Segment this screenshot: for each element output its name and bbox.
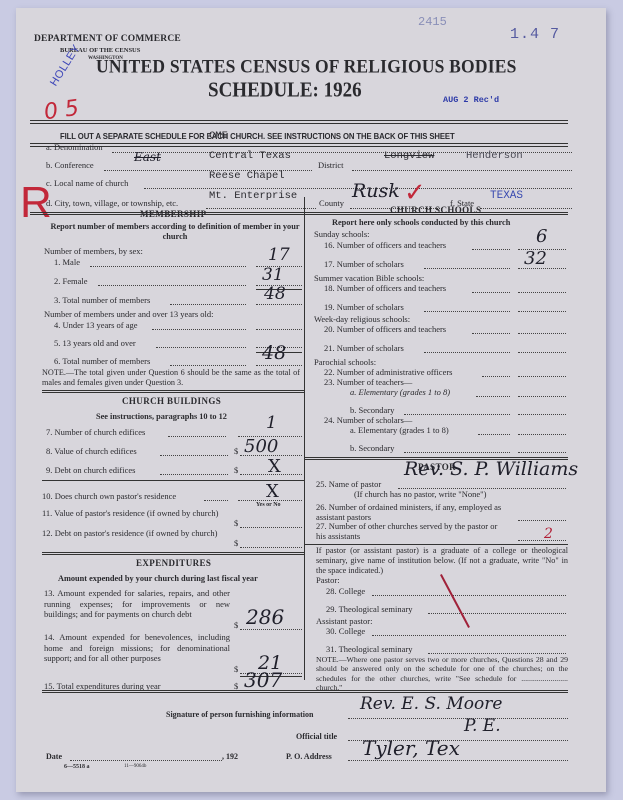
city-line: [206, 208, 316, 209]
date-year-suffix: , 192: [222, 752, 238, 761]
members-by-sex-heading: Number of members, by sex:: [44, 246, 143, 256]
weekday-schools-heading: Week-day religious schools:: [314, 314, 410, 324]
q27-other-churches-field[interactable]: 2: [544, 526, 553, 542]
q21-line: [424, 352, 510, 353]
q11-value-field: [240, 527, 302, 528]
q4-line: [152, 329, 246, 330]
q11-currency: $: [234, 518, 238, 528]
page-number-stamp: 1.4 7: [510, 26, 560, 43]
form-code-secondary: 11—9064b: [124, 764, 146, 769]
q1-line: [90, 266, 246, 267]
schools-subtitle: Report here only schools conducted by th…: [332, 218, 510, 227]
q31-seminary-field: [428, 653, 566, 654]
q7-line: [168, 436, 226, 437]
q14-currency: $: [234, 664, 238, 674]
membership-heading: MEMBERSHIP: [140, 209, 207, 219]
signature-field[interactable]: Rev. E. S. Moore: [360, 694, 502, 714]
conference-field[interactable]: Central Texas: [209, 150, 291, 162]
q8-value-field[interactable]: 500: [244, 436, 278, 457]
q1-male-field[interactable]: 17: [268, 245, 290, 265]
q25-pastor-name-field[interactable]: Rev. S. P. Williams: [404, 458, 578, 480]
q3-total-field[interactable]: 48: [264, 284, 286, 304]
page-subtitle: SCHEDULE: 1926: [208, 79, 362, 103]
header-rule-bottom: [30, 143, 568, 147]
q15-total-field[interactable]: 307: [244, 668, 282, 692]
q4-label: 4. Under 13 years of age: [54, 320, 138, 330]
q16-label: 16. Number of officers and teachers: [324, 240, 446, 250]
membership-note: NOTE.—The total given under Question 6 s…: [42, 368, 300, 388]
q14-label: 14. Amount expended for benevolences, in…: [44, 632, 230, 664]
q5-label: 5. 13 years old and over: [54, 338, 136, 348]
denomination-field[interactable]: CME: [209, 130, 228, 142]
conference-struck-value: East: [134, 150, 161, 164]
q10-line: [204, 500, 228, 501]
q6-answer-line: [256, 365, 302, 366]
denomination-label: a. Denomination: [46, 142, 103, 152]
q17-line: [424, 268, 510, 269]
po-address-field[interactable]: Tyler, Tex: [362, 736, 460, 760]
q24a-label: a. Elementary (grades 1 to 8): [350, 425, 449, 435]
page-title: UNITED STATES CENSUS OF RELIGIOUS BODIES: [96, 55, 517, 78]
q12-debt-field: [240, 547, 302, 548]
q1-label: 1. Male: [54, 257, 80, 267]
q22-label: 22. Number of administrative officers: [324, 367, 453, 377]
signature-line: [348, 718, 568, 719]
q5-line: [156, 347, 246, 348]
q18-label: 18. Number of officers and teachers: [324, 283, 446, 293]
q12-currency: $: [234, 538, 238, 548]
city-field[interactable]: Mt. Enterprise: [209, 190, 297, 202]
q24a-line: [478, 434, 510, 435]
q16-sunday-teachers-field[interactable]: 6: [536, 226, 547, 247]
state-field[interactable]: TEXAS: [490, 190, 523, 202]
buildings-subtitle: See instructions, paragraphs 10 to 12: [96, 412, 227, 421]
q19-summer-scholars-field: [518, 311, 566, 312]
q2-line: [98, 285, 246, 286]
assistant-education-heading: Assistant pastor:: [316, 616, 372, 626]
q19-label: 19. Number of scholars: [324, 302, 404, 312]
sunday-schools-heading: Sunday schools:: [314, 229, 370, 239]
q2-female-field[interactable]: 31: [262, 265, 284, 285]
q24-label: 24. Number of scholars—: [324, 415, 412, 425]
district-struck-value: Longview: [384, 150, 434, 162]
q23b-line: [404, 414, 510, 415]
signature-label: Signature of person furnishing informati…: [166, 710, 313, 719]
q27-label: 27. Number of other churches served by t…: [316, 521, 508, 541]
official-title-label: Official title: [296, 732, 337, 741]
pastor-note: NOTE.—Where one pastor serves two or mor…: [316, 655, 568, 693]
q9-line: [160, 474, 228, 475]
q9-currency: $: [234, 465, 238, 475]
expenditures-subtitle: Amount expended by your church during la…: [58, 574, 258, 583]
q13-label: 13. Amount expended for salaries, repair…: [44, 588, 230, 620]
q24b-label: b. Secondary: [350, 443, 394, 453]
q8-line: [160, 455, 228, 456]
schools-heading: CHURCH SCHOOLS: [390, 205, 481, 215]
q21-weekday-scholars-field: [518, 352, 566, 353]
q17-sunday-scholars-field[interactable]: 32: [524, 248, 547, 269]
red-check-icon: ✓: [404, 178, 426, 208]
church-name-label: c. Local name of church: [46, 178, 128, 188]
po-address-label: P. O. Address: [286, 752, 332, 761]
summer-schools-heading: Summer vacation Bible schools:: [314, 273, 424, 283]
q11-label: 11. Value of pastor's residence (if owne…: [42, 508, 232, 518]
form-code-primary: 6—5518 a: [64, 764, 90, 770]
q23-label: 23. Number of teachers—: [324, 377, 412, 387]
q23a-elementary-teachers-field: [518, 396, 566, 397]
q26-label: 26. Number of ordained ministers, if any…: [316, 502, 508, 522]
q20-line: [472, 333, 510, 334]
q22-line: [482, 376, 510, 377]
pastor-divider: [304, 544, 568, 545]
q24b-secondary-scholars-field: [518, 452, 566, 453]
q23b-secondary-teachers-field: [518, 414, 566, 415]
q16-line: [472, 249, 510, 250]
identification-rule: [30, 212, 568, 215]
q6-label: 6. Total number of members: [54, 356, 150, 366]
q6-line: [170, 365, 246, 366]
q24a-elementary-scholars-field: [518, 434, 566, 435]
instructions-banner: FILL OUT A SEPARATE SCHEDULE FOR EACH CH…: [60, 131, 455, 141]
pastor-education-heading: Pastor:: [316, 575, 340, 585]
official-title-field[interactable]: P. E.: [464, 716, 501, 736]
q4-under13-field: [256, 329, 302, 330]
membership-subtitle: Report number of members according to de…: [50, 222, 300, 242]
q13-currency: $: [234, 620, 238, 630]
q30-college-field: [372, 635, 566, 636]
q3-label: 3. Total number of members: [54, 295, 150, 305]
q18-line: [472, 292, 510, 293]
date-field: [70, 760, 222, 761]
date-label: Date: [46, 752, 62, 761]
graduate-note: If pastor (or assistant pastor) is a gra…: [316, 546, 568, 576]
q29-label: 29. Theological seminary: [326, 604, 412, 614]
q25-hint: (If church has no pastor, write "None"): [354, 489, 486, 499]
q8-label: 8. Value of church edifices: [46, 446, 137, 456]
column-divider: [304, 197, 305, 680]
county-label: County: [319, 198, 344, 208]
q10-hint: Yes or No: [256, 502, 281, 508]
q7-label: 7. Number of church edifices: [46, 427, 145, 437]
district-field[interactable]: Henderson: [466, 150, 523, 162]
expenditures-heading: EXPENDITURES: [136, 558, 211, 568]
q3-answer-line: [256, 304, 302, 305]
district-line: [352, 170, 572, 171]
q20-weekday-teachers-field: [518, 333, 566, 334]
buildings-rule: [42, 552, 304, 555]
q12-label: 12. Debt on pastor's residence (if owned…: [42, 528, 232, 538]
received-date-stamp: AUG 2 Rec'd: [443, 95, 499, 105]
buildings-divider: [42, 480, 304, 481]
members-by-age-heading: Number of members under and over 13 year…: [44, 309, 213, 319]
serial-stamp: 2415: [418, 15, 447, 29]
q13-running-expenses-field[interactable]: 286: [246, 605, 284, 629]
membership-rule: [42, 390, 304, 393]
buildings-heading: CHURCH BUILDINGS: [122, 396, 221, 406]
q20-label: 20. Number of officers and teachers: [324, 324, 446, 334]
q9-label: 9. Debt on church edifices: [46, 465, 135, 475]
county-field[interactable]: Rusk: [352, 180, 400, 202]
q10-label: 10. Does church own pastor's residence: [42, 491, 176, 501]
po-address-line: [348, 760, 568, 761]
q7-edifices-field[interactable]: 1: [266, 413, 277, 433]
q31-label: 31. Theological seminary: [326, 644, 412, 654]
q25-label: 25. Name of pastor: [316, 479, 381, 489]
q13-answer-line: [240, 629, 302, 630]
q30-label: 30. College: [326, 626, 365, 636]
q2-label: 2. Female: [54, 276, 88, 286]
q28-college-field: [372, 595, 566, 596]
q8-currency: $: [234, 446, 238, 456]
q6-total-field[interactable]: 48: [262, 342, 286, 364]
q23a-line: [476, 396, 510, 397]
q10-residence-field[interactable]: X: [266, 481, 279, 502]
q17-label: 17. Number of scholars: [324, 259, 404, 269]
q28-label: 28. College: [326, 586, 365, 596]
state-line: [480, 208, 572, 209]
q3-line: [170, 304, 246, 305]
city-label: d. City, town, village, or township, etc…: [46, 198, 178, 208]
q29-seminary-field: [428, 613, 566, 614]
parochial-schools-heading: Parochial schools:: [314, 357, 376, 367]
header-rule-top: [30, 120, 568, 124]
church-name-field[interactable]: Reese Chapel: [209, 170, 285, 182]
q19-line: [424, 311, 510, 312]
conference-label: b. Conference: [46, 160, 94, 170]
q18-summer-teachers-field: [518, 292, 566, 293]
q27-answer-line: [518, 540, 566, 541]
district-label: District: [318, 160, 344, 170]
q26-assistant-ministers-field: [518, 520, 566, 521]
q23b-label: b. Secondary: [350, 405, 394, 415]
q21-label: 21. Number of scholars: [324, 343, 404, 353]
q22-admin-officers-field: [518, 376, 566, 377]
q24b-line: [404, 452, 510, 453]
department-name: DEPARTMENT OF COMMERCE: [34, 34, 181, 44]
footer-rule: [42, 690, 568, 693]
q9-debt-field[interactable]: X: [268, 456, 281, 477]
q23a-label: a. Elementary (grades 1 to 8): [350, 387, 450, 397]
